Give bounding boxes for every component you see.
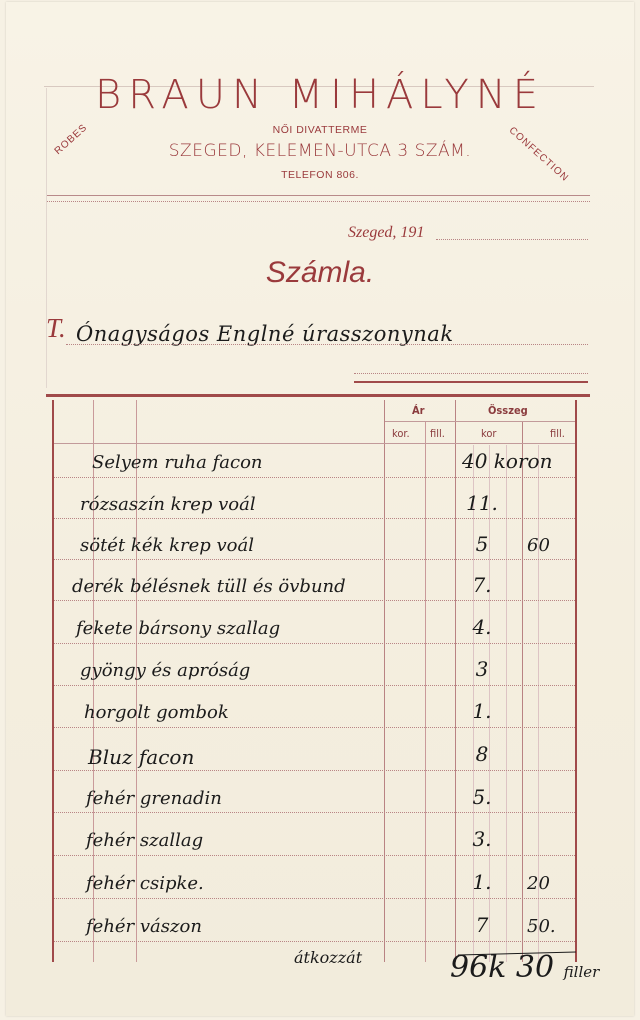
row-line-10 [54, 855, 575, 856]
header-osszeg-kor: kor [481, 427, 496, 440]
row-kor: 1. [452, 699, 512, 723]
row-item: horgolt gombok [84, 702, 229, 723]
table-top-rule [46, 394, 590, 397]
invoice-total: 96k 30 filler [450, 950, 599, 985]
header-ar: Ár [412, 404, 425, 417]
row-item: fehér grenadin [86, 788, 222, 809]
row-line-9 [54, 812, 575, 813]
row-kor: 5 [452, 532, 512, 556]
row-item: fehér szallag [86, 830, 203, 851]
row-line-1 [54, 477, 575, 478]
col-line-ar-mid [425, 421, 426, 962]
header-ar-kor: kor. [392, 427, 410, 440]
recipient-name-handwritten: Ónagyságos Englné úrasszonynak [76, 322, 454, 346]
row-line-6 [54, 685, 575, 686]
total-kor: 96k [450, 950, 506, 985]
row-item: Selyem ruha facon [92, 452, 263, 473]
date-dotted-line [436, 239, 588, 240]
row-kor: 8 [452, 742, 512, 766]
total-fill: 30 [516, 950, 554, 985]
brand-name: BRAUN MIHÁLYNÉ [0, 72, 640, 118]
shop-subtitle: NŐI DIVATTERME [0, 124, 640, 136]
row-fill: 20 [527, 873, 577, 894]
row-line-8 [54, 770, 575, 771]
letterhead-rule [46, 195, 590, 196]
letterhead-dotted-rule [46, 201, 590, 202]
row-kor: 7. [452, 573, 512, 597]
col-line-fill-start [522, 421, 523, 962]
row-kor: 3. [452, 827, 512, 851]
address-rule [354, 381, 588, 383]
row-kor: 4. [452, 615, 512, 639]
place-date-label: Szeged, 191 [348, 224, 424, 242]
row-line-5 [54, 643, 575, 644]
header-osszeg-fill: fill. [550, 427, 565, 440]
row-line-4 [54, 600, 575, 601]
row-line-3 [54, 559, 575, 560]
invoice-title: Számla. [0, 256, 640, 290]
row-kor: 7 [452, 913, 512, 937]
row-item: sötét kék krep voál [80, 535, 254, 556]
header-bottom-rule [54, 443, 575, 444]
col-line-ar-start [384, 400, 385, 962]
row-item: fekete bársony szallag [76, 618, 280, 639]
shop-phone: TELEFON 806. [0, 169, 640, 181]
header-split-rule [385, 421, 575, 422]
address-dotted-line [354, 373, 588, 374]
signature-handwritten: átkozzát [294, 948, 362, 967]
row-kor: 1. [452, 870, 512, 894]
row-item: fehér csipke. [86, 873, 204, 894]
row-fill: 50. [527, 916, 577, 937]
row-item: derék bélésnek tüll és övbund [72, 576, 346, 597]
row-line-2 [54, 518, 575, 519]
recipient-dotted-line [66, 344, 588, 345]
row-kor: 11. [452, 491, 512, 515]
row-line-7 [54, 727, 575, 728]
row-item: Bluz facon [88, 745, 194, 769]
row-item: gyöngy és apróság [80, 660, 250, 681]
total-unit: filler [564, 963, 600, 981]
row-item: fehér vászon [86, 916, 202, 937]
row-line-12 [54, 941, 575, 942]
recipient-prefix: T. [46, 313, 66, 344]
row-item: rózsaszín krep voál [80, 494, 256, 515]
table-left-border [52, 400, 54, 962]
row-fill: 60 [527, 535, 577, 556]
row-kor: 5. [452, 785, 512, 809]
row-line-11 [54, 898, 575, 899]
row-kor: 40 koron [462, 449, 542, 473]
row-kor: 3 [452, 657, 512, 681]
header-ar-fill: fill. [430, 427, 445, 440]
header-osszeg: Összeg [488, 404, 528, 417]
